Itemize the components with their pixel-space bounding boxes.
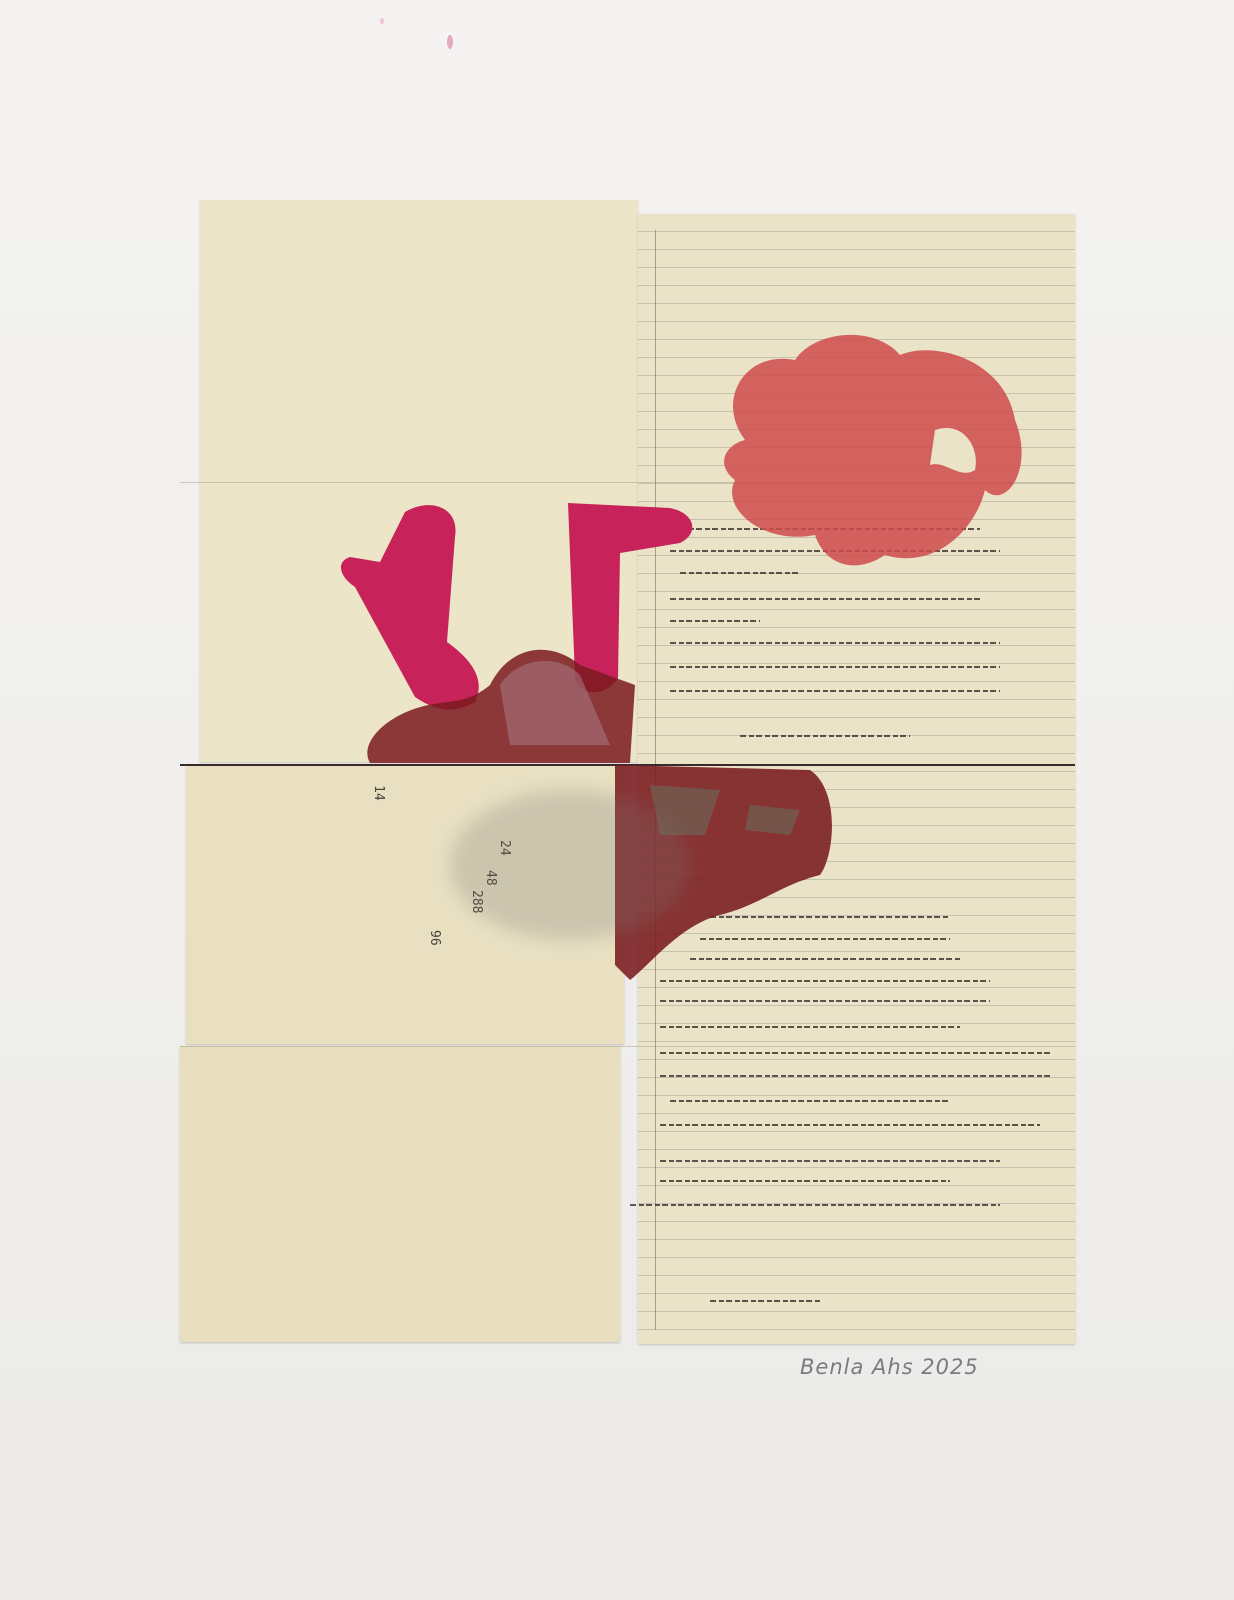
handwriting	[660, 1180, 950, 1182]
fold-crease	[180, 1046, 1075, 1047]
handwriting	[710, 1300, 820, 1302]
grey-wash-stain	[450, 790, 690, 940]
handwriting	[670, 690, 1000, 692]
red-watercolor-cloud	[705, 330, 1030, 575]
dark-red-stain	[360, 625, 640, 765]
paint-speck	[380, 18, 384, 24]
handwriting	[740, 735, 910, 737]
handwriting	[660, 1160, 1000, 1162]
artwork-paper: 14 24 48 288 96	[180, 200, 1075, 1345]
handwriting	[660, 1000, 990, 1002]
artist-signature: Benla Ahs 2025	[800, 1355, 979, 1379]
handwriting	[660, 1075, 1050, 1077]
handwriting	[660, 1026, 960, 1028]
left-bottom-panel	[180, 1046, 620, 1342]
handwriting	[670, 666, 1000, 668]
handwriting	[660, 1124, 1040, 1126]
handwriting	[670, 598, 980, 600]
handwriting	[670, 642, 1000, 644]
handwriting	[670, 1100, 950, 1102]
paint-speck	[447, 35, 453, 49]
ledger-number: 14	[371, 785, 386, 801]
handwriting	[630, 1204, 1000, 1206]
ledger-number: 96	[427, 930, 442, 946]
handwriting	[660, 1052, 1050, 1054]
